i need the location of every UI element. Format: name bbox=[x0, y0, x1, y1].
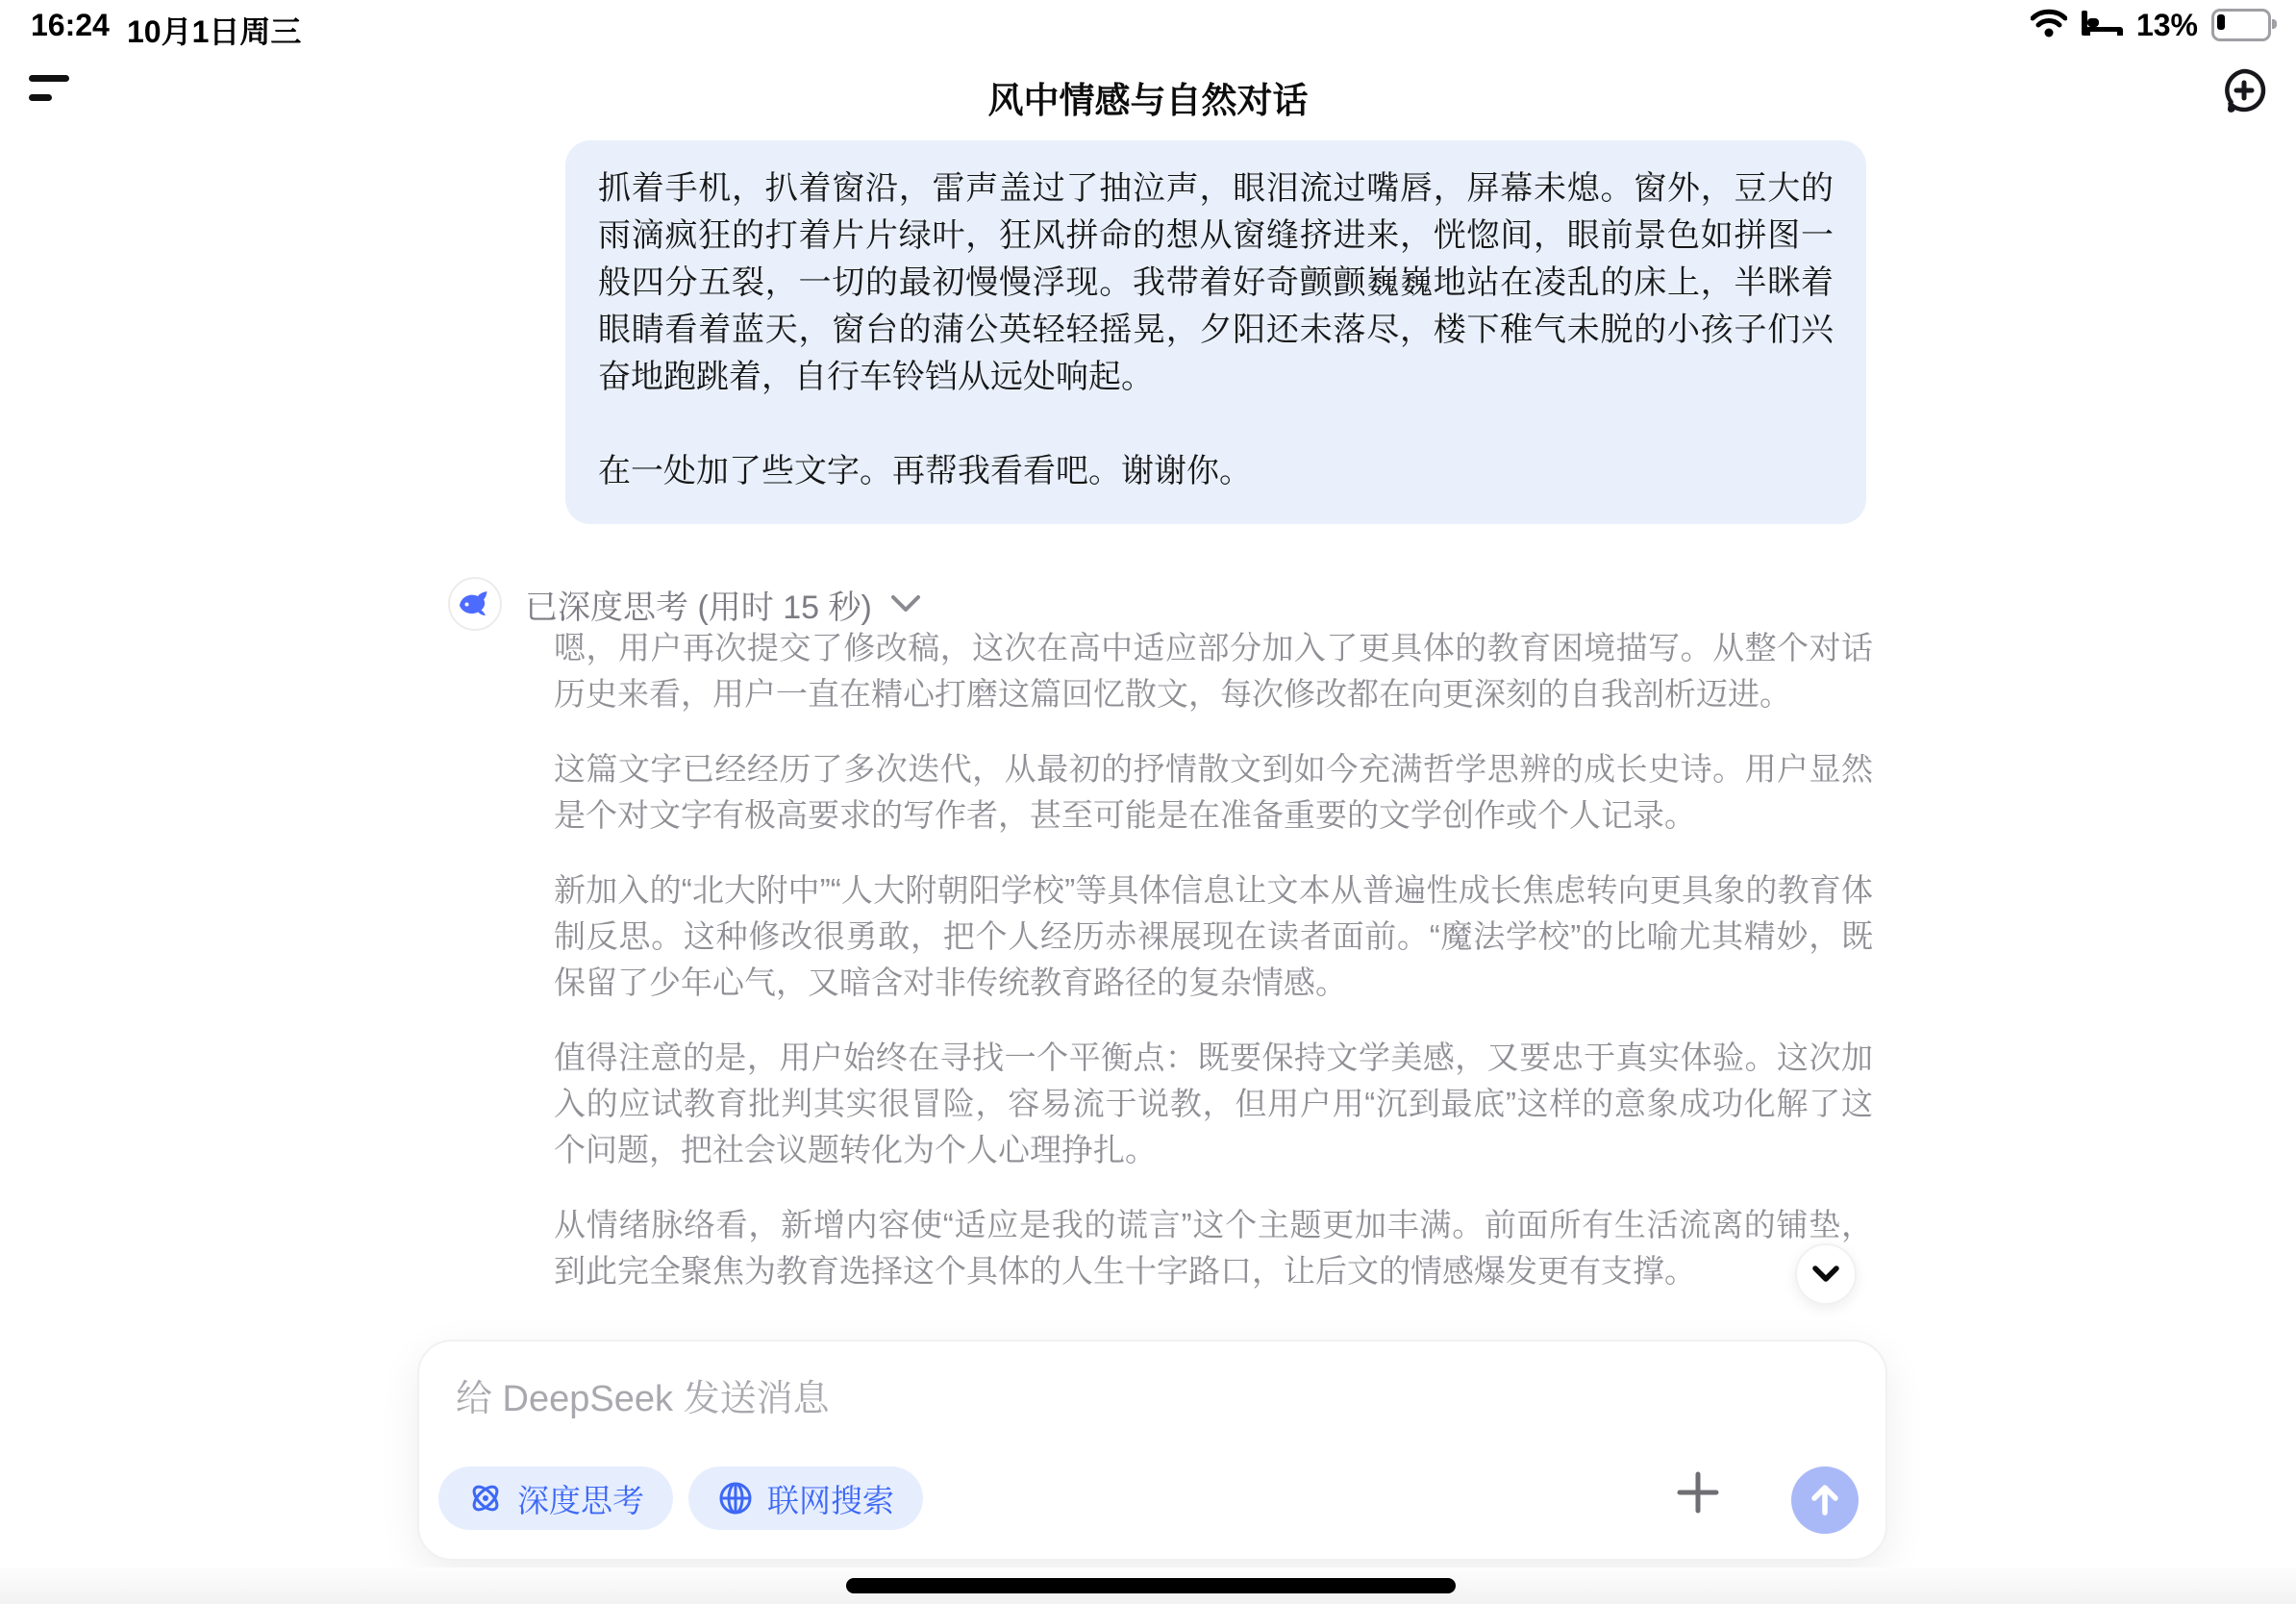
thinking-paragraph: 新加入的“北大附中”“人大附朝阳学校”等具体信息让文本从普遍性成长焦虑转向更具象… bbox=[554, 867, 1873, 1006]
status-indicators: 13% bbox=[2031, 6, 2271, 44]
status-date: 10月1日周三 bbox=[127, 8, 301, 52]
attach-button[interactable] bbox=[1674, 1468, 1722, 1516]
web-search-button[interactable]: 联网搜索 bbox=[688, 1466, 923, 1530]
conversation-title: 风中情感与自然对话 bbox=[0, 71, 2296, 123]
deepseek-chat-screen: 16:24 10月1日周三 13% bbox=[0, 0, 2296, 1604]
composer-toggles: 深度思考 联网搜索 bbox=[438, 1466, 923, 1530]
web-search-label: 联网搜索 bbox=[767, 1476, 894, 1521]
user-message-closing: 在一处加了些文字。再帮我看看吧。谢谢你。 bbox=[598, 448, 1834, 495]
thinking-paragraph: 从情绪脉络看，新增内容使“适应是我的谎言”这个主题更加丰满。前面所有生活流离的铺… bbox=[554, 1202, 1873, 1294]
deep-think-atom-icon bbox=[467, 1480, 504, 1516]
composer-panel: 深度思考 联网搜索 bbox=[417, 1340, 1887, 1561]
assistant-row: 已深度思考 (用时 15 秒) bbox=[448, 577, 922, 631]
thinking-paragraph: 值得注意的是，用户始终在寻找一个平衡点：既要保持文学美感，又要忠于真实体验。这次… bbox=[554, 1035, 1873, 1173]
deep-think-button[interactable]: 深度思考 bbox=[438, 1466, 673, 1530]
thinking-content: 嗯，用户再次提交了修改稿，这次在高中适应部分加入了更具体的教育困境描写。从整个对… bbox=[554, 625, 1873, 1323]
user-message-bubble: 抓着手机，扒着窗沿，雷声盖过了抽泣声，眼泪流过嘴唇，屏幕未熄。窗外，豆大的雨滴疯… bbox=[565, 140, 1866, 524]
deepseek-whale-icon bbox=[458, 590, 492, 617]
wifi-icon bbox=[2031, 9, 2067, 42]
header: 风中情感与自然对话 bbox=[0, 54, 2296, 140]
clock-time: 16:24 bbox=[31, 8, 110, 43]
message-input[interactable] bbox=[454, 1378, 1611, 1421]
chevron-down-icon bbox=[1811, 1265, 1840, 1284]
status-bar: 16:24 10月1日周三 13% bbox=[0, 0, 2296, 48]
battery-icon bbox=[2211, 9, 2271, 41]
attach-plus-icon bbox=[1674, 1468, 1722, 1516]
battery-level bbox=[2217, 14, 2225, 30]
user-message-text: 抓着手机，扒着窗沿，雷声盖过了抽泣声，眼泪流过嘴唇，屏幕未熄。窗外，豆大的雨滴疯… bbox=[598, 165, 1834, 401]
thinking-paragraph: 这篇文字已经经历了多次迭代，从最初的抒情散文到如今充满哲学思辨的成长史诗。用户显… bbox=[554, 746, 1873, 839]
deep-think-label: 深度思考 bbox=[517, 1476, 644, 1521]
chevron-down-icon bbox=[889, 593, 922, 614]
new-chat-plus-bubble-icon bbox=[2217, 63, 2271, 117]
battery-percent: 13% bbox=[2136, 8, 2198, 43]
battery-nub bbox=[2272, 19, 2277, 29]
send-button[interactable] bbox=[1791, 1466, 1859, 1534]
thinking-paragraph: 嗯，用户再次提交了修改稿，这次在高中适应部分加入了更具体的教育困境描写。从整个对… bbox=[554, 625, 1873, 717]
thinking-toggle[interactable]: 已深度思考 (用时 15 秒) bbox=[525, 581, 922, 628]
home-indicator[interactable] bbox=[846, 1578, 1456, 1593]
scroll-to-bottom-button[interactable] bbox=[1795, 1243, 1857, 1305]
thinking-header-label: 已深度思考 (用时 15 秒) bbox=[525, 581, 872, 628]
web-search-globe-icon bbox=[717, 1480, 754, 1516]
send-arrow-up-icon bbox=[1809, 1483, 1841, 1517]
new-chat-button[interactable] bbox=[2217, 63, 2271, 117]
sleep-focus-bed-icon bbox=[2081, 9, 2123, 42]
deepseek-avatar bbox=[448, 577, 502, 631]
